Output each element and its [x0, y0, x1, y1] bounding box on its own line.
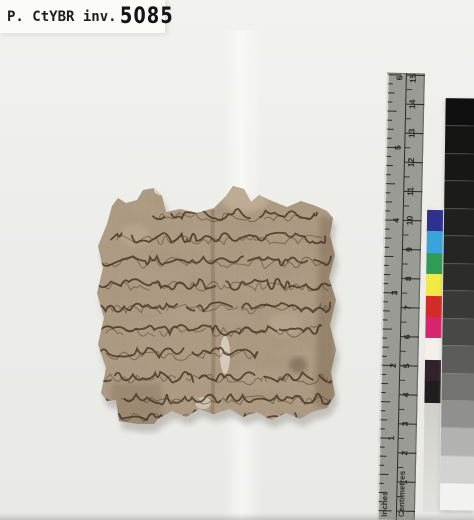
grayscale-step [442, 345, 474, 373]
grayscale-step [443, 263, 474, 291]
centimetres-unit-label: Centimetres [397, 470, 407, 517]
grayscale-step [443, 290, 474, 318]
color-calibration-chart [423, 96, 474, 513]
cm-number: 5 [401, 363, 411, 368]
cm-number: 2 [399, 450, 409, 455]
grayscale-step [441, 400, 474, 428]
color-patch-yellow [426, 274, 442, 296]
inch-number: 5 [393, 145, 403, 150]
color-patch-black [424, 381, 440, 403]
inch-number: 1 [386, 435, 396, 440]
color-patch-cyan [427, 231, 443, 253]
cm-number: 12 [406, 157, 416, 167]
papyrus-fragment [85, 175, 350, 435]
color-patch-green [426, 253, 442, 275]
inches-unit-label: Inches [380, 491, 390, 517]
cm-number: 9 [404, 247, 414, 252]
cm-number: 7 [403, 305, 413, 310]
color-patch-white [425, 338, 441, 360]
color-patch-dark-blue [427, 210, 443, 232]
inventory-label: P. CtYBR inv. 5085 [0, 0, 165, 33]
photograph-background: P. CtYBR inv. 5085 [0, 0, 474, 520]
grayscale-step [444, 208, 474, 236]
color-patch-magenta [425, 317, 441, 339]
cm-number: 11 [405, 187, 415, 196]
grayscale-step [441, 428, 474, 456]
grayscale-step [445, 153, 474, 181]
grayscale-step [445, 98, 474, 126]
grayscale-step [440, 482, 474, 510]
inch-number: 3 [389, 290, 399, 295]
cm-number: 14 [407, 99, 417, 109]
inventory-label-prefix: P. CtYBR inv. [7, 9, 117, 25]
cm-number: 4 [401, 392, 411, 397]
grayscale-step [445, 126, 474, 154]
cm-number: 13 [406, 128, 416, 138]
color-patch-dark-maroon [425, 360, 441, 382]
measurement-ruler: 123456789101112131415123456InchesCentime… [377, 70, 427, 520]
inventory-number: 5085 [120, 4, 174, 29]
grayscale-step [442, 318, 474, 346]
inch-number: 4 [391, 218, 401, 223]
cm-number: 6 [402, 334, 412, 339]
grayscale-step [440, 455, 474, 483]
grayscale-step [444, 180, 474, 208]
grayscale-column [440, 98, 474, 510]
cm-number: 3 [400, 421, 410, 426]
cm-number: 10 [404, 215, 414, 225]
grayscale-step [441, 373, 474, 401]
cm-number: 15 [408, 73, 418, 83]
color-patch-red [426, 295, 442, 317]
inch-number: 6 [394, 75, 404, 80]
fragment-texture [85, 175, 350, 435]
inch-number: 2 [388, 363, 398, 368]
cm-number: 8 [403, 276, 413, 281]
grayscale-step [443, 235, 474, 263]
